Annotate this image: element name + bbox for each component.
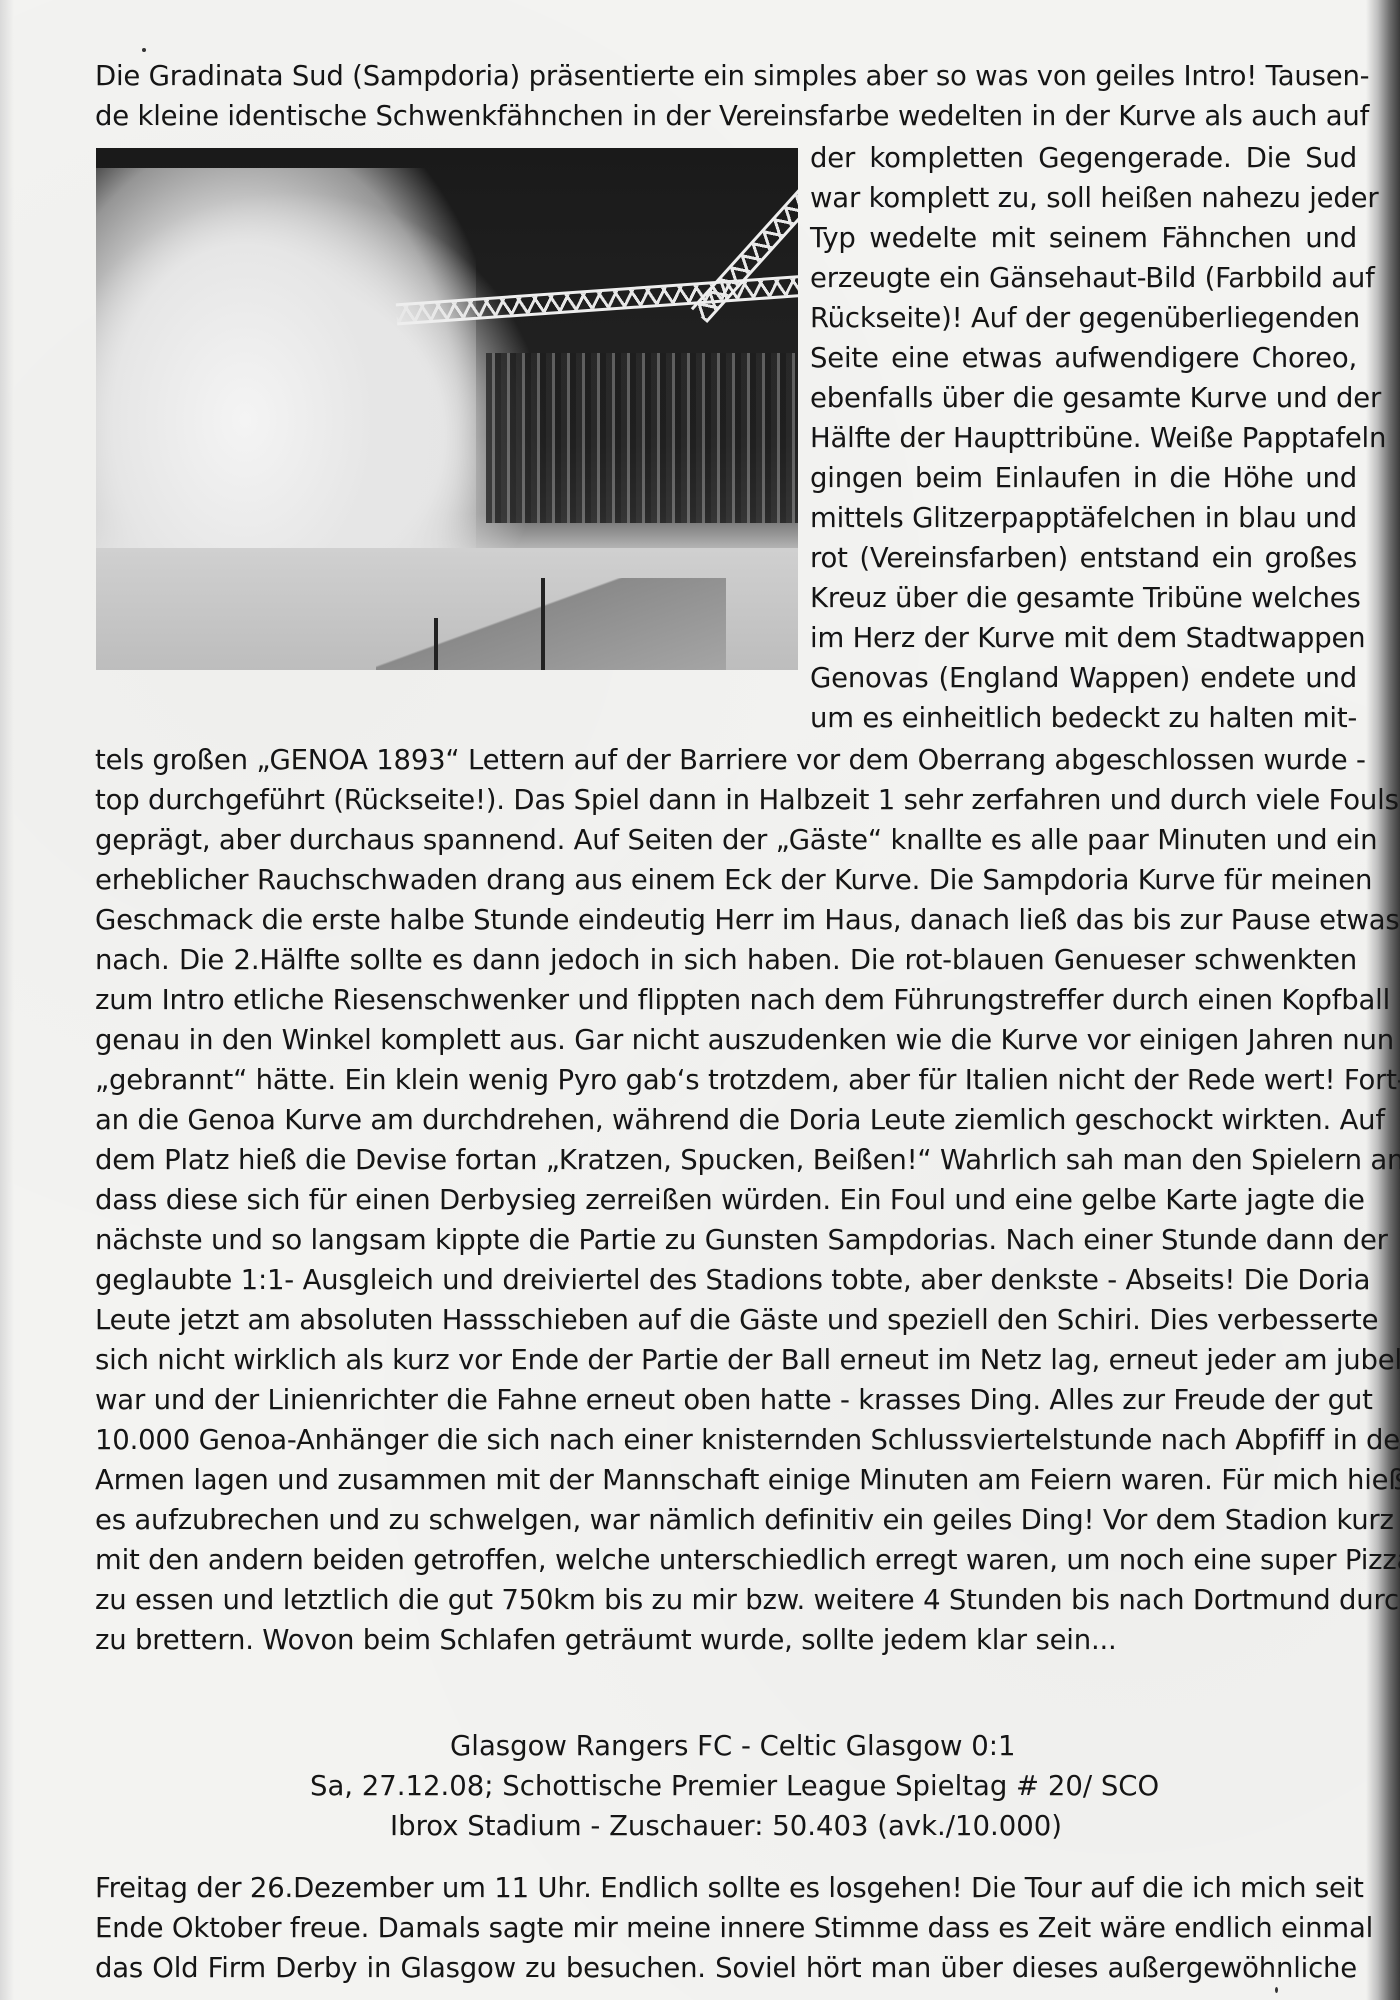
match-stadium-attendance: Ibrox Stadium - Zuschauer: 50.403 (avk./… bbox=[390, 1808, 1040, 1844]
text-line: Seite eine etwas aufwendigere Choreo, bbox=[810, 340, 1357, 376]
text-line: Genovas (England Wappen) endete und bbox=[810, 660, 1357, 696]
text-line: dem Platz hieß die Devise fortan „Kratze… bbox=[95, 1142, 1357, 1178]
text-line: dass diese sich für einen Derbysieg zerr… bbox=[95, 1182, 1357, 1218]
text-line: Typ wedelte mit seinem Fähnchen und bbox=[810, 220, 1357, 256]
text-line: Armen lagen und zusammen mit der Mannsch… bbox=[95, 1462, 1357, 1498]
text-line: gingen beim Einlaufen in die Höhe und bbox=[810, 460, 1357, 496]
text-line: geglaubte 1:1- Ausgleich und dreiviertel… bbox=[95, 1262, 1357, 1298]
text-line: an die Genoa Kurve am durchdrehen, währe… bbox=[95, 1102, 1357, 1138]
text-line: de kleine identische Schwenkfähnchen in … bbox=[95, 98, 1357, 134]
text-line: um es einheitlich bedeckt zu halten mit- bbox=[810, 700, 1357, 736]
text-line: zu brettern. Wovon beim Schlafen geträum… bbox=[95, 1622, 1117, 1658]
text-line: erheblicher Rauchschwaden drang aus eine… bbox=[95, 862, 1357, 898]
photo-post bbox=[434, 618, 438, 670]
text-line: Ende Oktober freue. Damals sagte mir mei… bbox=[95, 1910, 1357, 1946]
scan-left-edge bbox=[0, 0, 14, 2000]
text-line: tels großen „GENOA 1893“ Lettern auf der… bbox=[95, 742, 1357, 778]
photo-barrier bbox=[376, 578, 726, 670]
text-line: der kompletten Gegengerade. Die Sud bbox=[810, 140, 1357, 176]
text-line: 10.000 Genoa-Anhänger die sich nach eine… bbox=[95, 1422, 1357, 1458]
text-line: das Old Firm Derby in Glasgow zu besuche… bbox=[95, 1950, 1357, 1986]
text-line: es aufzubrechen und zu schwelgen, war nä… bbox=[95, 1502, 1357, 1538]
text-line: Leute jetzt am absoluten Hassschieben au… bbox=[95, 1302, 1357, 1338]
photo-post bbox=[541, 578, 545, 670]
text-line: zu essen und letztlich die gut 750km bis… bbox=[95, 1582, 1357, 1618]
text-line: mit den andern beiden getroffen, welche … bbox=[95, 1542, 1357, 1578]
text-line: top durchgeführt (Rückseite!). Das Spiel… bbox=[95, 782, 1357, 818]
text-line: genau in den Winkel komplett aus. Gar ni… bbox=[95, 1022, 1357, 1058]
stadium-photo bbox=[96, 148, 798, 670]
text-line: geprägt, aber durchaus spannend. Auf Sei… bbox=[95, 822, 1357, 858]
text-line: Hälfte der Haupttribüne. Weiße Papptafel… bbox=[810, 420, 1357, 456]
text-line: mittels Glitzerpapptäfelchen in blau und bbox=[810, 500, 1357, 536]
scan-speck bbox=[142, 48, 146, 52]
text-line: nächste und so langsam kippte die Partie… bbox=[95, 1222, 1357, 1258]
text-line: erzeugte ein Gänsehaut-Bild (Farbbild au… bbox=[810, 260, 1357, 296]
photo-crowd bbox=[486, 353, 798, 523]
text-line: nach. Die 2.Hälfte sollte es dann jedoch… bbox=[95, 942, 1357, 978]
match-date-league: Sa, 27.12.08; Schottische Premier League… bbox=[310, 1768, 1122, 1804]
text-line: ebenfalls über die gesamte Kurve und der bbox=[810, 380, 1357, 416]
text-line: Geschmack die erste halbe Stunde eindeut… bbox=[95, 902, 1357, 938]
match-title: Glasgow Rangers FC - Celtic Glasgow 0:1 bbox=[450, 1728, 980, 1764]
text-line: „gebrannt“ hätte. Ein klein wenig Pyro g… bbox=[95, 1062, 1357, 1098]
text-line: im Herz der Kurve mit dem Stadtwappen bbox=[810, 620, 1357, 656]
text-line: war und der Linienrichter die Fahne erne… bbox=[95, 1382, 1357, 1418]
text-line: Kreuz über die gesamte Tribüne welches bbox=[810, 580, 1357, 616]
scan-speck bbox=[1275, 1987, 1278, 1993]
text-line: rot (Vereinsfarben) entstand ein großes bbox=[810, 540, 1357, 576]
text-line: Freitag der 26.Dezember um 11 Uhr. Endli… bbox=[95, 1870, 1357, 1906]
text-line: sich nicht wirklich als kurz vor Ende de… bbox=[95, 1342, 1357, 1378]
text-line: zum Intro etliche Riesenschwenker und fl… bbox=[95, 982, 1357, 1018]
text-line: war komplett zu, soll heißen nahezu jede… bbox=[810, 180, 1357, 216]
text-line: Die Gradinata Sud (Sampdoria) präsentier… bbox=[95, 58, 1357, 94]
text-line: Rückseite)! Auf der gegenüberliegenden bbox=[810, 300, 1357, 336]
